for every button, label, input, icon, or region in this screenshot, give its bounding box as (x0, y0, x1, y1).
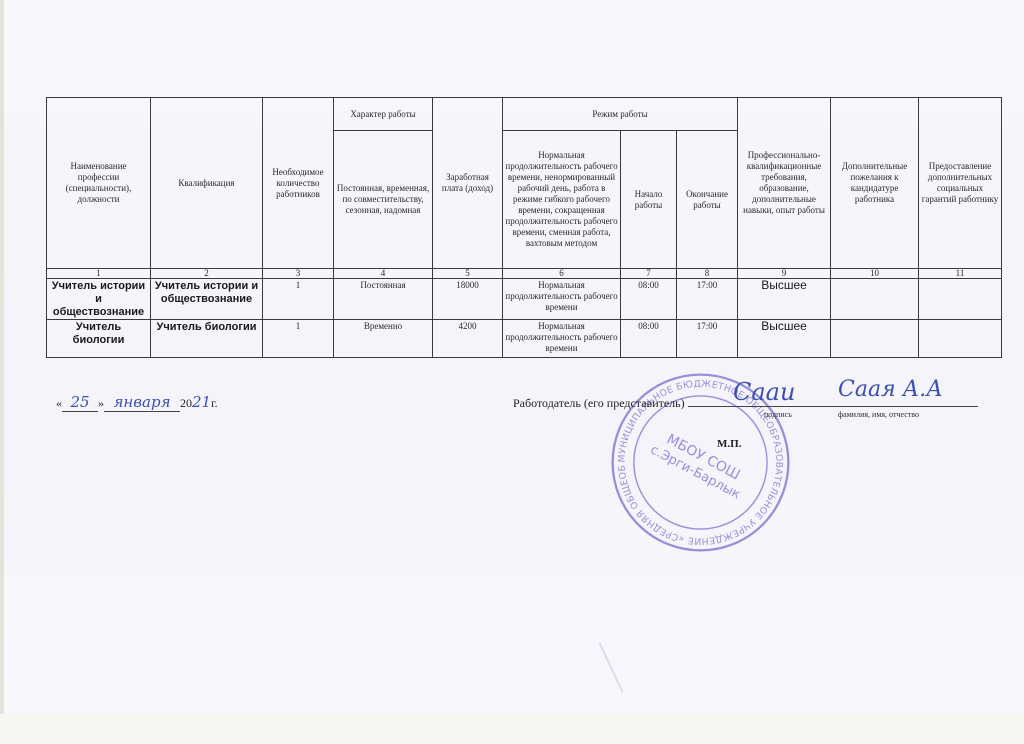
cell-end: 17:00 (677, 279, 738, 320)
header-row-1: Наименование профессии (специальности), … (47, 98, 1002, 131)
signature-line (688, 406, 978, 407)
cell-wishes (831, 320, 919, 358)
table-row: Учитель биологии Учитель биологии 1 Врем… (47, 320, 1002, 358)
column-number-row: 1 2 3 4 5 6 7 8 9 10 11 (47, 269, 1002, 279)
employer-signature: Сааи (733, 378, 795, 406)
cell-end: 17:00 (677, 320, 738, 358)
cell-regime: Нормальная продолжительность рабочего вр… (503, 279, 621, 320)
signature-caption: подпись (764, 410, 792, 419)
column-number: 5 (433, 269, 503, 279)
column-number: 7 (621, 269, 677, 279)
header-end: Окончание работы (677, 131, 738, 269)
column-number: 2 (151, 269, 263, 279)
cell-guarantees (919, 320, 1002, 358)
column-number: 6 (503, 269, 621, 279)
date-day: 25 (62, 393, 98, 412)
column-number: 1 (47, 269, 151, 279)
scan-margin (0, 714, 1024, 744)
header-group-character: Характер работы (334, 98, 433, 131)
cell-start: 08:00 (621, 320, 677, 358)
column-number: 10 (831, 269, 919, 279)
header-wishes: Дополнительные пожелания к кандидатуре р… (831, 98, 919, 269)
date-year-prefix: 20 (180, 396, 192, 410)
cell-regime: Нормальная продолжительность рабочего вр… (503, 320, 621, 358)
date-year-unit: г. (211, 396, 218, 410)
table-row: Учитель истории и обществознание Учитель… (47, 279, 1002, 320)
seal-place-label: М.П. (717, 438, 741, 450)
full-name-caption: фамилия, имя, отчество (838, 410, 919, 419)
column-number: 11 (919, 269, 1002, 279)
header-group-regime: Режим работы (503, 98, 738, 131)
header-salary: Заработная плата (доход) (433, 98, 503, 269)
cell-count: 1 (263, 320, 334, 358)
cell-qualification: Учитель биологии (151, 320, 263, 358)
column-number: 8 (677, 269, 738, 279)
column-number: 4 (334, 269, 433, 279)
document-date: «25»января2021г. (56, 393, 218, 412)
cell-qualification: Учитель истории и обществознание (151, 279, 263, 320)
cell-wishes (831, 279, 919, 320)
vacancy-table: Наименование профессии (специальности), … (46, 97, 1002, 358)
cell-profession: Учитель биологии (47, 320, 151, 358)
employer-full-name: Саая А.А (838, 377, 943, 402)
header-guarantees: Предоставление дополнительных социальных… (919, 98, 1002, 269)
employer-label: Работодатель (его представитель) (513, 396, 685, 411)
header-regime-type: Нормальная продолжительность рабочего вр… (503, 131, 621, 269)
date-year-suffix: 21 (192, 393, 211, 411)
header-start: Начало работы (621, 131, 677, 269)
cell-profession: Учитель истории и обществознание (47, 279, 151, 320)
cell-requirements: Высшее (738, 279, 831, 320)
header-requirements: Профессионально-квалификационные требова… (738, 98, 831, 269)
cell-salary: 4200 (433, 320, 503, 358)
cell-character: Временно (334, 320, 433, 358)
cell-guarantees (919, 279, 1002, 320)
cell-start: 08:00 (621, 279, 677, 320)
cell-count: 1 (263, 279, 334, 320)
column-number: 3 (263, 269, 334, 279)
header-count: Необходимое количество работников (263, 98, 334, 269)
header-character-type: Постоянная, временная, по совместительст… (334, 131, 433, 269)
cell-character: Постоянная (334, 279, 433, 320)
cell-requirements: Высшее (738, 320, 831, 358)
header-qualification: Квалификация (151, 98, 263, 269)
date-month: января (104, 393, 180, 412)
cell-salary: 18000 (433, 279, 503, 320)
column-number: 9 (738, 269, 831, 279)
header-profession: Наименование профессии (специальности), … (47, 98, 151, 269)
